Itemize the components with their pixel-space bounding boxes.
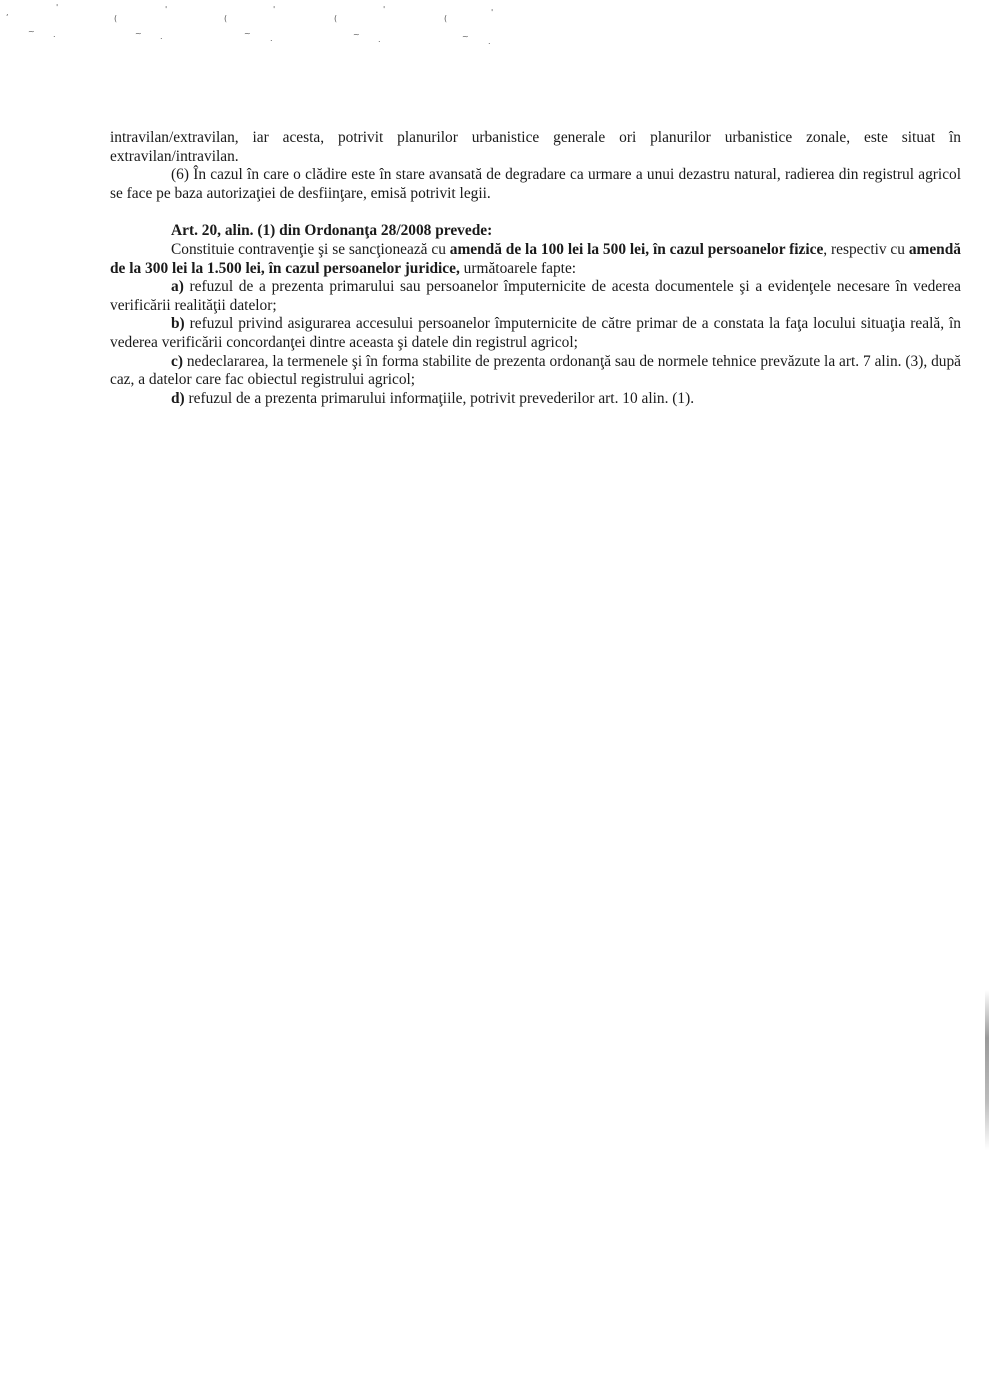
scan-speck: .	[53, 30, 56, 39]
scan-speck: ~	[135, 29, 142, 38]
article-heading-text: Art. 20, alin. (1) din Ordonanţa 28/2008…	[171, 222, 492, 239]
scan-speck: .	[160, 32, 163, 41]
scan-speck: ~	[244, 29, 251, 38]
scan-speck: (	[444, 14, 447, 23]
scan-speck: ~	[353, 30, 360, 39]
list-item-b: b) refuzul privind asigurarea accesului …	[110, 315, 961, 352]
scan-speck: '	[273, 5, 275, 14]
scan-speck: .	[488, 37, 491, 46]
scan-speck: ~	[462, 32, 469, 41]
list-item-a: a) refuzul de a prezenta primarului sau …	[110, 278, 961, 315]
intro-text: Constituie contravenţie şi se sancţionea…	[171, 241, 450, 258]
article-heading: Art. 20, alin. (1) din Ordonanţa 28/2008…	[110, 222, 961, 241]
list-item-d: d) refuzul de a prezenta primarului info…	[110, 390, 961, 409]
scan-speck: ,	[6, 8, 9, 17]
scan-speck: (	[334, 14, 337, 23]
item-text: nedeclararea, la termenele şi în forma s…	[110, 353, 961, 389]
scan-speck: '	[491, 8, 493, 17]
scan-artifacts: , ' ( ' ( ' ( ' ( ' ~ . ~ . ~ . ~ . ~ .	[0, 0, 990, 60]
list-item-c: c) nedeclararea, la termenele şi în form…	[110, 353, 961, 390]
intro-text: următoarele fapte:	[460, 260, 576, 277]
paragraph-continuation: intravilan/extravilan, iar acesta, potri…	[110, 129, 961, 166]
item-letter: d)	[171, 390, 185, 407]
scan-speck: '	[383, 5, 385, 14]
document-page: intravilan/extravilan, iar acesta, potri…	[110, 129, 961, 408]
spacer	[110, 203, 961, 222]
scan-speck: '	[56, 3, 58, 12]
scan-edge-shadow	[985, 990, 989, 1150]
paragraph-6: (6) În cazul în care o clădire este în s…	[110, 166, 961, 203]
scan-speck: ~	[28, 27, 35, 36]
scan-speck: '	[165, 5, 167, 14]
item-text: refuzul de a prezenta primarului sau per…	[110, 278, 961, 314]
scan-speck: .	[378, 35, 381, 44]
scan-speck: (	[114, 14, 117, 23]
fine-individuals: amendă de la 100 lei la 500 lei, în cazu…	[450, 241, 824, 258]
item-letter: b)	[171, 315, 185, 332]
item-text: refuzul privind asigurarea accesului per…	[110, 315, 961, 351]
intro-text: , respectiv cu	[823, 241, 909, 258]
scan-speck: .	[270, 34, 273, 43]
item-letter: a)	[171, 278, 184, 295]
item-text: refuzul de a prezenta primarului informa…	[185, 390, 694, 407]
item-letter: c)	[171, 353, 183, 370]
article-intro: Constituie contravenţie şi se sancţionea…	[110, 241, 961, 278]
scan-speck: (	[224, 14, 227, 23]
